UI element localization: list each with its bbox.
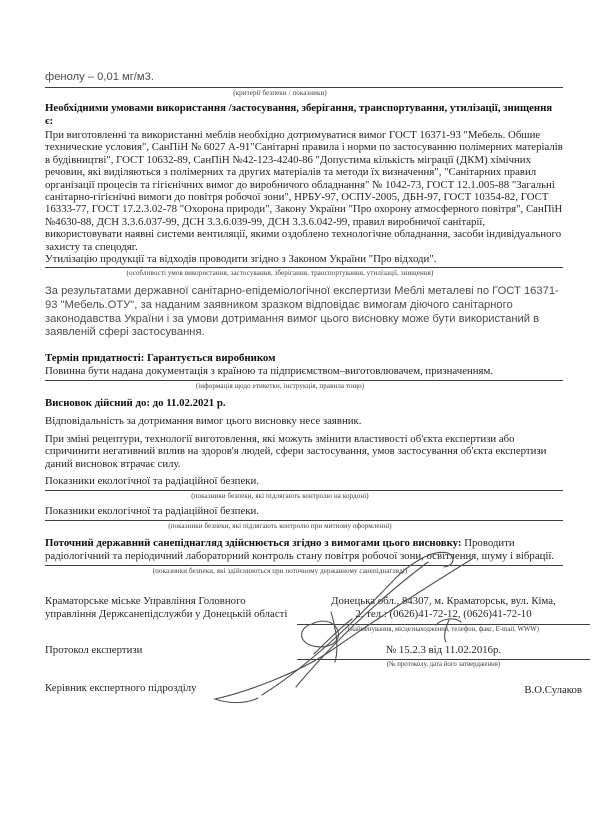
recipe-change-paragraph: При зміні рецептури, технології виготовл… xyxy=(45,433,563,470)
expertise-result-paragraph: За результатами державної санітарно-епід… xyxy=(45,285,563,339)
valid-until-line: Висновок дійсний до: до 11.02.2021 р. xyxy=(45,397,563,410)
conditions-heading: Необхідними умовами використання /застос… xyxy=(45,102,563,128)
spacer xyxy=(45,668,590,682)
protocol-caption: (№ протоколу, дата його затвердження) xyxy=(297,660,590,668)
phenol-value-row: фенолу – 0,01 мг/м3. xyxy=(45,67,563,88)
head-of-unit-label: Керівник експертного підрозділу xyxy=(45,682,297,695)
head-signature-row: Керівник експертного підрозділу В.О.Сула… xyxy=(45,682,590,696)
org-address-caption: (найменування, місцезнаходження, телефон… xyxy=(297,625,590,633)
surveillance-heading: Поточний державний санепіднагляд здійсню… xyxy=(45,537,462,549)
protocol-label: Протокол експертизи xyxy=(45,644,297,657)
documentation-caption: (інформація щодо етикетки, інструкція, п… xyxy=(45,381,563,392)
signatory-name: В.О.Сулаков xyxy=(297,682,590,696)
responsibility-line: Відповідальність за дотримання вимог цьо… xyxy=(45,415,563,428)
phenol-value-line: фенолу – 0,01 мг/м3. xyxy=(45,71,154,83)
conditions-paragraph: При виготовленні та використанні меблів … xyxy=(45,129,563,253)
documentation-line: Повинна бути надана документація з країн… xyxy=(45,365,563,381)
eco-safety-line-border: Показники екологічної та радіаційної без… xyxy=(45,475,563,491)
eco-safety-customs-caption: (показники безпеки, які підлягають контр… xyxy=(45,521,563,532)
protocol-block: № 15.2.3 від 11.02.2016р. (№ протоколу, … xyxy=(297,644,590,668)
eco-safety-border-caption: (показники безпеки, які підлягають контр… xyxy=(45,491,563,502)
spacer xyxy=(45,633,590,644)
org-address-line1: Донецька обл., 84307, м. Краматорськ, ву… xyxy=(297,595,590,608)
utilization-caption: (особливості умов використання, застосув… xyxy=(45,268,563,279)
protocol-row: Протокол експертизи № 15.2.3 від 11.02.2… xyxy=(45,644,590,668)
surveillance-paragraph: Поточний державний санепіднагляд здійсню… xyxy=(45,537,563,566)
spacer xyxy=(45,340,563,352)
document-footer: Краматорське міське Управління Головного… xyxy=(45,595,590,696)
org-address: Донецька обл., 84307, м. Краматорськ, ву… xyxy=(297,595,590,625)
org-address-line2: 2, тел.: (0626)41-72-12, (0626)41-72-10 xyxy=(297,608,590,621)
criteria-caption: (критерії безпеки / показники) xyxy=(45,88,563,99)
eco-safety-line-customs: Показники екологічної та радіаційної без… xyxy=(45,505,563,521)
org-row: Краматорське міське Управління Головного… xyxy=(45,595,590,633)
surveillance-caption: (показники безпеки, які здійснюються при… xyxy=(45,566,563,577)
shelf-life-heading: Термін придатності: Гарантується виробни… xyxy=(45,352,563,365)
protocol-number: № 15.2.3 від 11.02.2016р. xyxy=(297,644,590,660)
document-content: фенолу – 0,01 мг/м3. (критерії безпеки /… xyxy=(0,0,595,696)
scanned-document-page: фенолу – 0,01 мг/м3. (критерії безпеки /… xyxy=(0,0,595,819)
utilization-line: Утилізацію продукції та відходів проводи… xyxy=(45,253,563,268)
org-name: Краматорське міське Управління Головного… xyxy=(45,595,297,622)
org-address-block: Донецька обл., 84307, м. Краматорськ, ву… xyxy=(297,595,590,633)
